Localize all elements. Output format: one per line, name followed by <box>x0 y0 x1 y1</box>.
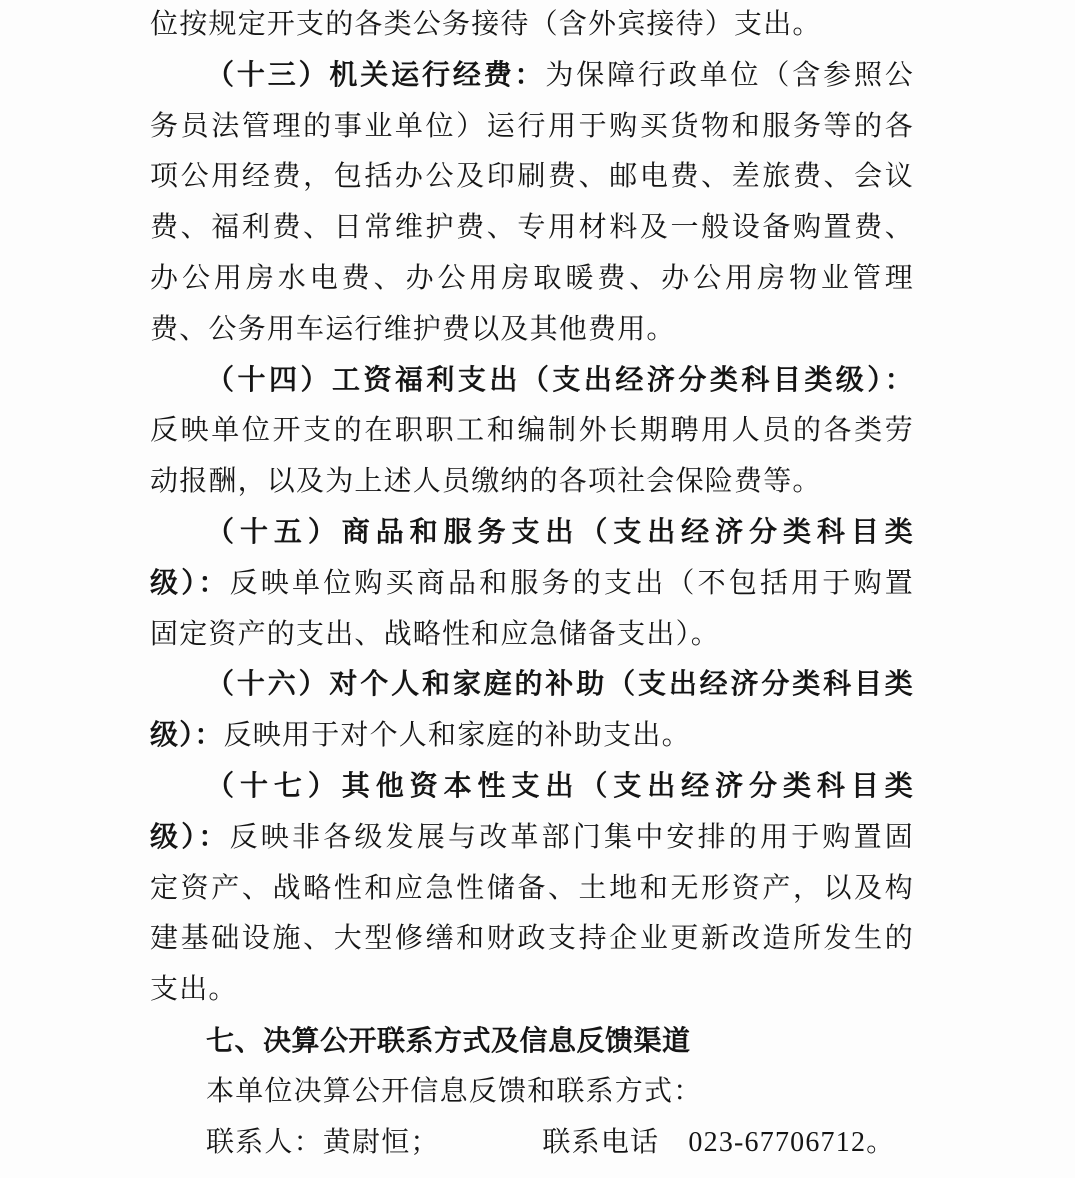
emphasized-text-run: （十七）其他资本性支出（支出经济分类科目类 <box>206 771 914 802</box>
text-run: 固定资产的支出、战略性和应急储备支出）。 <box>150 619 720 650</box>
contact-intro-line: 本单位决算公开信息反馈和联系方式： <box>150 1067 914 1118</box>
emphasized-text-run: 级）： <box>150 568 230 599</box>
paragraph-line: 建基础设施、大型修缮和财政支持企业更新改造所发生的 <box>150 914 914 965</box>
document-text-block: 位按规定开支的各类公务接待（含外宾接待）支出。（十三）机关运行经费：为保障行政单… <box>150 0 914 1168</box>
contact-detail-line: 联系人：黄尉恒； 联系电话 023-67706712。 <box>150 1118 914 1169</box>
text-run: 反映用于对个人和家庭的补助支出。 <box>224 720 691 751</box>
text-run: 反映单位开支的在职职工和编制外长期聘用人员的各类劳 <box>150 415 914 446</box>
document-page: 位按规定开支的各类公务接待（含外宾接待）支出。（十三）机关运行经费：为保障行政单… <box>0 0 1075 1178</box>
paragraph-line: 务员法管理的事业单位）运行用于购买货物和服务等的各 <box>150 102 914 153</box>
paragraph-line: 级）：反映非各级发展与改革部门集中安排的用于购置固 <box>150 813 914 864</box>
text-run: 联系人：黄尉恒； <box>206 1127 426 1158</box>
text-run: 为保障行政单位（含参照公 <box>545 60 914 91</box>
emphasized-text-run: 级）： <box>150 720 224 751</box>
paragraph-line: （十四）工资福利支出（支出经济分类科目类级）： <box>150 356 914 407</box>
paragraph-line: 办公用房水电费、办公用房取暖费、办公用房物业管理 <box>150 254 914 305</box>
paragraph-line: 费、福利费、日常维护费、专用材料及一般设备购置费、 <box>150 203 914 254</box>
paragraph-line: （十三）机关运行经费：为保障行政单位（含参照公 <box>150 51 914 102</box>
emphasized-text-run: 级）： <box>150 822 230 853</box>
paragraph-line: 固定资产的支出、战略性和应急储备支出）。 <box>150 610 914 661</box>
paragraph-line: （十七）其他资本性支出（支出经济分类科目类 <box>150 762 914 813</box>
paragraph-line: （十六）对个人和家庭的补助（支出经济分类科目类 <box>150 660 914 711</box>
paragraph-line: 费、公务用车运行维护费以及其他费用。 <box>150 305 914 356</box>
text-run: 定资产、战略性和应急性储备、土地和无形资产，以及构 <box>150 873 914 904</box>
text-run: 联系电话 023-67706712。 <box>542 1127 895 1158</box>
emphasized-text-run: （十五）商品和服务支出（支出经济分类科目类 <box>206 517 914 548</box>
text-run: 项公用经费，包括办公及印刷费、邮电费、差旅费、会议 <box>150 161 914 192</box>
text-run: 本单位决算公开信息反馈和联系方式： <box>206 1076 702 1107</box>
section-heading: 七、决算公开联系方式及信息反馈渠道 <box>150 1016 914 1067</box>
emphasized-text-run: （十四）工资福利支出（支出经济分类科目类级）： <box>206 365 914 396</box>
paragraph-line: 级）：反映单位购买商品和服务的支出（不包括用于购置 <box>150 559 914 610</box>
text-run: 建基础设施、大型修缮和财政支持企业更新改造所发生的 <box>150 923 914 954</box>
text-run: 动报酬，以及为上述人员缴纳的各项社会保险费等。 <box>150 466 822 497</box>
emphasized-text-run: （十六）对个人和家庭的补助（支出经济分类科目类 <box>206 669 914 700</box>
paragraph-line: （十五）商品和服务支出（支出经济分类科目类 <box>150 508 914 559</box>
text-run: 反映单位购买商品和服务的支出（不包括用于购置 <box>230 568 914 599</box>
text-run: 费、公务用车运行维护费以及其他费用。 <box>150 314 676 345</box>
paragraph-line: 级）：反映用于对个人和家庭的补助支出。 <box>150 711 914 762</box>
text-run <box>426 1127 543 1158</box>
emphasized-text-run: （十三）机关运行经费： <box>206 60 545 91</box>
paragraph-line: 位按规定开支的各类公务接待（含外宾接待）支出。 <box>150 0 914 51</box>
paragraph-line: 项公用经费，包括办公及印刷费、邮电费、差旅费、会议 <box>150 152 914 203</box>
paragraph-line: 动报酬，以及为上述人员缴纳的各项社会保险费等。 <box>150 457 914 508</box>
text-run: 费、福利费、日常维护费、专用材料及一般设备购置费、 <box>150 212 914 243</box>
text-run: 位按规定开支的各类公务接待（含外宾接待）支出。 <box>150 9 822 40</box>
paragraph-line: 反映单位开支的在职职工和编制外长期聘用人员的各类劳 <box>150 406 914 457</box>
text-run: 务员法管理的事业单位）运行用于购买货物和服务等的各 <box>150 111 914 142</box>
paragraph-line: 定资产、战略性和应急性储备、土地和无形资产，以及构 <box>150 864 914 915</box>
text-run: 支出。 <box>150 974 238 1005</box>
text-run: 办公用房水电费、办公用房取暖费、办公用房物业管理 <box>150 263 914 294</box>
text-run: 反映非各级发展与改革部门集中安排的用于购置固 <box>230 822 914 853</box>
paragraph-line: 支出。 <box>150 965 914 1016</box>
emphasized-text-run: 七、决算公开联系方式及信息反馈渠道 <box>206 1025 691 1056</box>
